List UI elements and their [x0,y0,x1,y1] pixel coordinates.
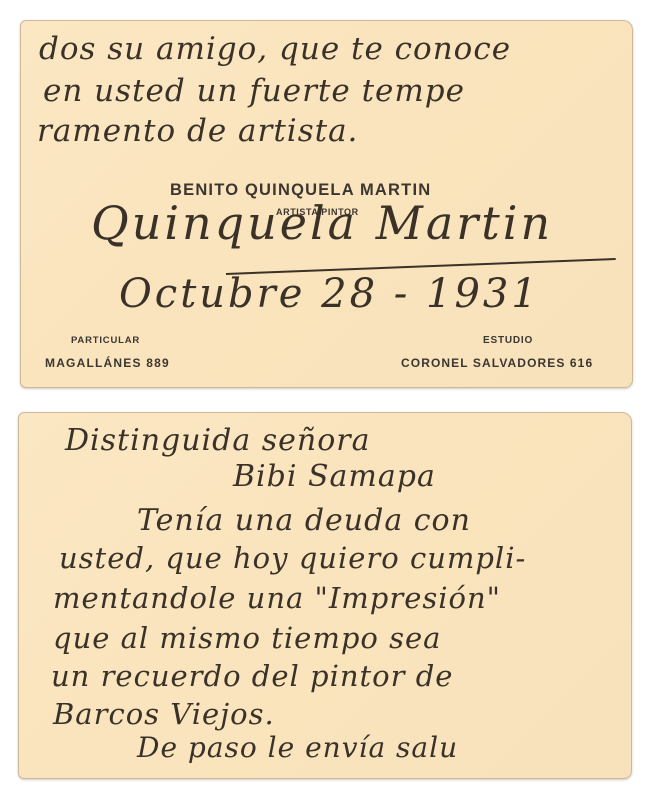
handwritten-line: Bibi Samapa [233,459,436,494]
handwritten-line: mentandole una "Impresión" [53,581,501,615]
handwritten-line: un recuerdo del pintor de [51,659,453,693]
studio-label: ESTUDIO [483,335,533,346]
handwritten-line: Barcos Viejos. [53,697,275,731]
handwritten-line: dos su amigo, que te conoce [39,31,511,67]
handwritten-line: Distinguida señora [65,423,371,458]
date: Octubre 28 - 1931 [119,271,540,317]
signature: Quinquela Martin [91,196,553,250]
business-card-front: dos su amigo, que te conoce en usted un … [20,20,633,388]
handwritten-line: usted, que hoy quiero cumpli- [59,541,526,575]
handwritten-line: en usted un fuerte tempe [43,73,465,109]
handwritten-line: Tenía una deuda con [137,503,471,538]
handwritten-line: De paso le envía salu [137,731,458,764]
home-address: MAGALLÁNES 889 [45,356,170,370]
handwritten-line: ramento de artista. [37,113,358,149]
handwritten-line: que al mismo tiempo sea [53,621,441,655]
home-label: PARTICULAR [71,335,140,346]
studio-address: CORONEL SALVADORES 616 [401,356,593,370]
business-card-back: Distinguida señora Bibi Samapa Tenía una… [18,412,632,779]
